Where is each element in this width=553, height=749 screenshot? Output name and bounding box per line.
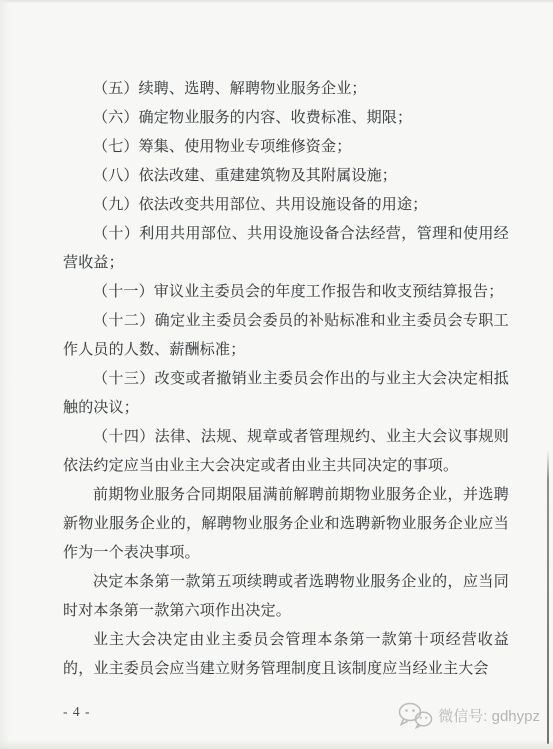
clause-item-12: （十二）确定业主委员会委员的补贴标准和业主委员会专职工作人员的人数、薪酬标准；	[63, 307, 509, 365]
scan-edge-bottom	[0, 740, 553, 749]
clause-item-6: （六）确定物业服务的内容、收费标准、期限；	[63, 104, 509, 133]
clause-item-11: （十一）审议业主委员会的年度工作报告和收支预结算报告；	[63, 278, 509, 307]
watermark-label: 微信号: gdhypz	[438, 705, 540, 726]
page-number: - 4 -	[63, 704, 91, 720]
paragraph-decision-clause-5-6: 决定本条第一款第五项续聘或者选聘物业服务企业的，应当同时对本条第一款第六项作出决…	[63, 568, 509, 626]
scan-edge-right-line	[547, 450, 549, 744]
clause-item-10: （十）利用共用部位、共用设施设备合法经营，管理和使用经营收益；	[63, 220, 509, 278]
clause-item-13: （十三）改变或者撤销业主委员会作出的与业主大会决定相抵触的决议；	[63, 365, 509, 423]
clause-item-9: （九）依法改变共用部位、共用设施设备的用途；	[63, 191, 509, 220]
clause-item-5: （五）续聘、选聘、解聘物业服务企业；	[63, 75, 509, 104]
wechat-icon	[397, 701, 433, 729]
scan-edge-left	[0, 0, 10, 749]
clause-item-8: （八）依法改建、重建建筑物及其附属设施；	[63, 162, 509, 191]
document-body: （五）续聘、选聘、解聘物业服务企业； （六）确定物业服务的内容、收费标准、期限；…	[63, 75, 509, 684]
scan-edge-top	[0, 0, 553, 3]
paragraph-financial-management: 业主大会决定由业主委员会管理本条第一款第十项经营收益的，业主委员会应当建立财务管…	[63, 626, 509, 684]
scanned-document-page: （五）续聘、选聘、解聘物业服务企业； （六）确定物业服务的内容、收费标准、期限；…	[0, 0, 553, 749]
clause-item-7: （七）筹集、使用物业专项维修资金；	[63, 133, 509, 162]
paragraph-early-property-service: 前期物业服务合同期限届满前解聘前期物业服务企业，并选聘新物业服务企业的，解聘物业…	[63, 481, 509, 568]
watermark: 微信号: gdhypz	[397, 701, 540, 729]
clause-item-14: （十四）法律、法规、规章或者管理规约、业主大会议事规则依法约定应当由业主大会决定…	[63, 423, 509, 481]
